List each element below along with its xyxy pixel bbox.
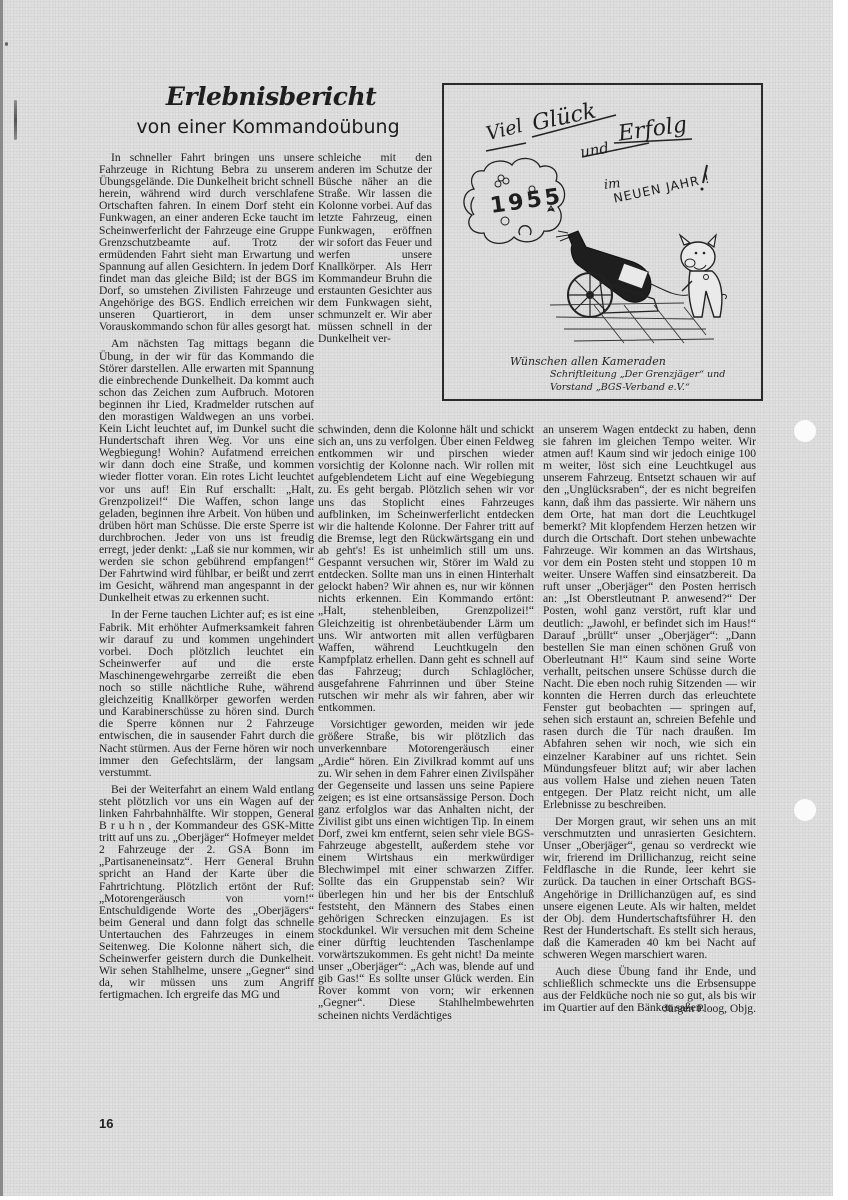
paragraph: Bei der Weiterfahrt an einem Wald entlan…	[99, 784, 314, 1002]
greeting-line: Vorstand „BGS-Verband e.V.“	[510, 381, 760, 394]
paragraph: schwinden, denn die Kolonne hält und sch…	[318, 424, 534, 714]
paragraph: In der Ferne tauchen Lichter auf; es ist…	[99, 609, 314, 778]
paragraph: schleiche mit den anderen im Schutze der…	[318, 152, 432, 346]
binding-mark	[14, 100, 17, 140]
scanned-page: Erlebnisbericht von einer Kommandoübung	[0, 0, 833, 1196]
paragraph: Vorsichtiger geworden, meiden wir jede g…	[318, 719, 534, 1021]
article-column-2: schwinden, denn die Kolonne hält und sch…	[318, 424, 534, 1022]
paragraph: Der Morgen graut, wir sehen uns an mit v…	[543, 816, 756, 961]
article-header: Erlebnisbericht von einer Kommandoübung	[103, 82, 433, 140]
paragraph: an unserem Wagen entdeckt zu haben, denn…	[543, 424, 756, 811]
page-number: 16	[99, 1116, 113, 1131]
article-subtitle: von einer Kommandoübung	[103, 114, 433, 140]
greeting-line: Wünschen allen Kameraden	[510, 355, 760, 368]
article-column-1: In schneller Fahrt bringen uns unsere Fa…	[99, 152, 314, 1001]
new-year-greeting-illustration: Viel Glück und Erfolg im NEUEN JAHR ! 19…	[442, 83, 763, 401]
article-column-3: an unserem Wagen entdeckt zu haben, denn…	[543, 424, 756, 1015]
punch-hole	[794, 799, 816, 821]
article-title: Erlebnisbericht	[109, 82, 433, 112]
greeting-line: Schriftleitung „Der Grenzjäger“ und	[510, 368, 760, 381]
paragraph: In schneller Fahrt bringen uns unsere Fa…	[99, 152, 314, 333]
article-column-2-narrow: schleiche mit den anderen im Schutze der…	[318, 152, 432, 346]
greeting-signature: Wünschen allen Kameraden Schriftleitung …	[510, 355, 760, 394]
paragraph: Am nächsten Tag mittags begann die Übung…	[99, 338, 314, 604]
binding-mark	[5, 42, 8, 46]
punch-hole	[794, 420, 816, 442]
